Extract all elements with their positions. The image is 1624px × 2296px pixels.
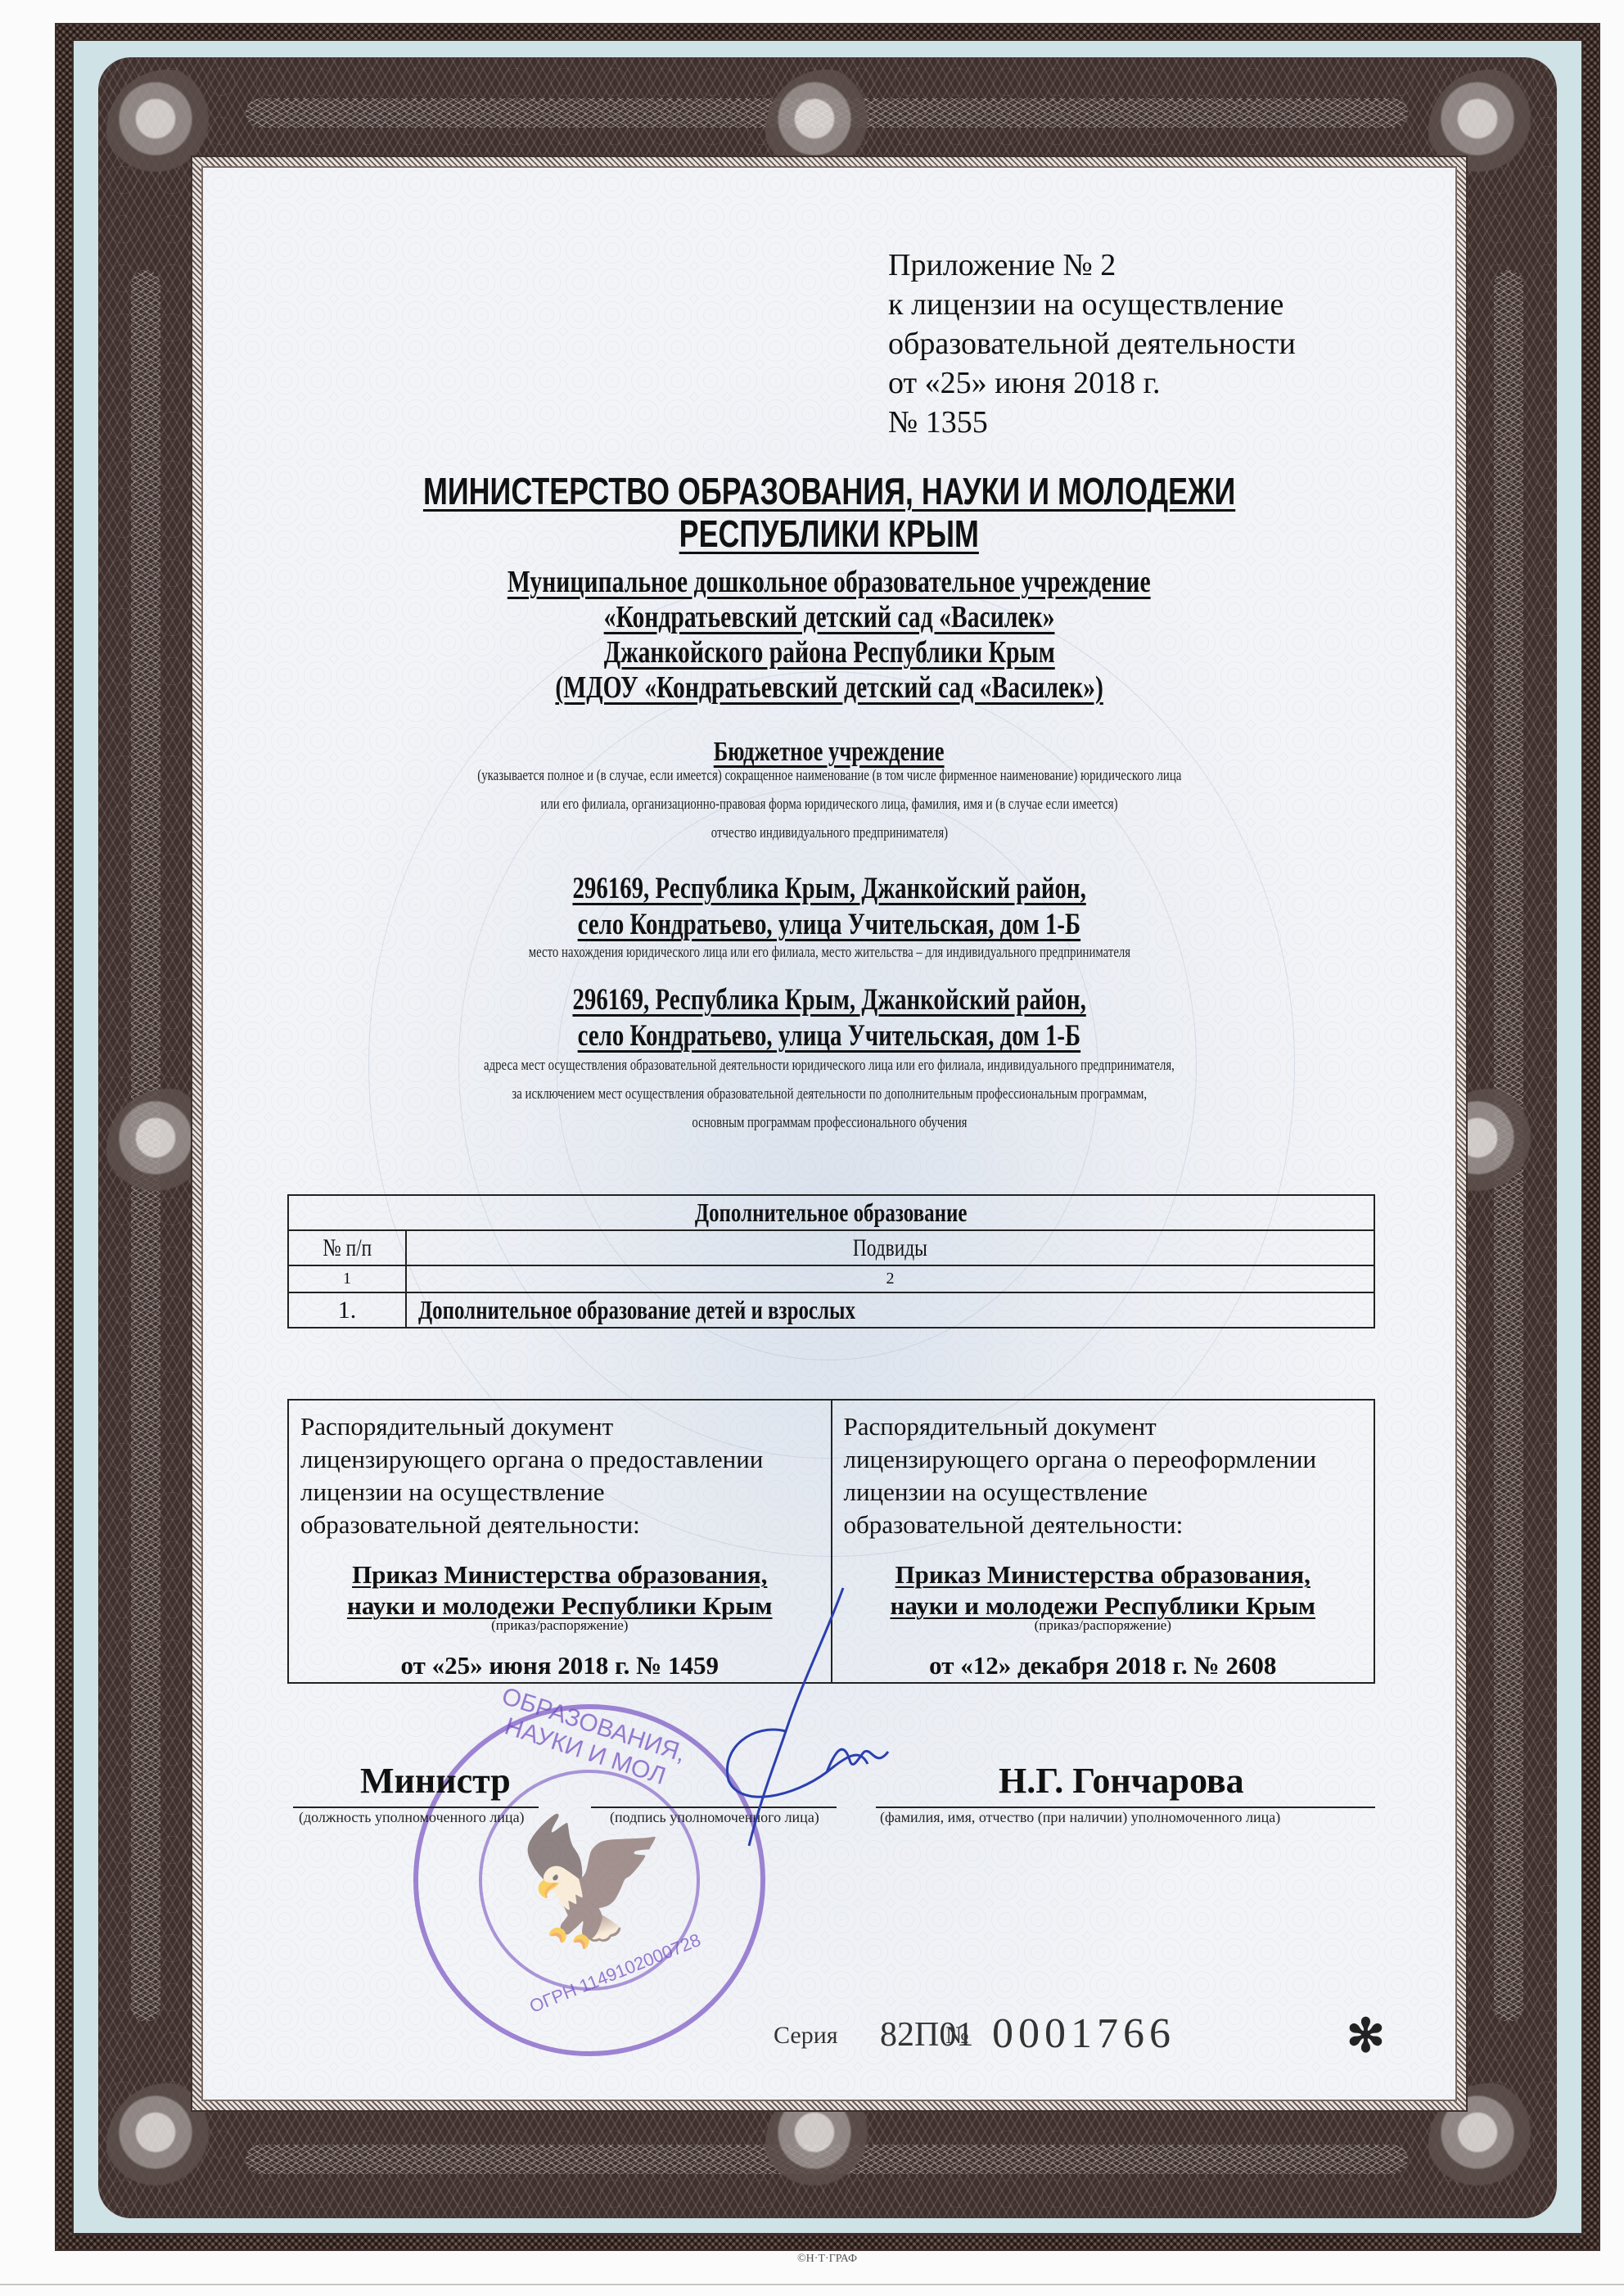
organization-name-line: Муниципальное дошкольное образовательное… bbox=[508, 565, 1151, 600]
printer-copyright: ©Н·Т·ГРАФ bbox=[797, 2253, 857, 2266]
activity-address: 296169, Республика Крым, Джанкойский рай… bbox=[203, 982, 1455, 1054]
address-line: село Кондратьево, улица Учительская, дом… bbox=[578, 1018, 1080, 1054]
ministry-title: МИНИСТЕРСТВО ОБРАЗОВАНИЯ, НАУКИ И МОЛОДЕ… bbox=[203, 470, 1455, 555]
order-description: Распорядительный документ лицензирующего… bbox=[300, 1410, 819, 1541]
signatory-position: Министр bbox=[360, 1760, 511, 1802]
organization-name-line: «Кондратьевский детский сад «Василек» bbox=[604, 600, 1055, 635]
appendix-line: образовательной деятельности bbox=[888, 324, 1296, 363]
order-description: Распорядительный документ лицензирующего… bbox=[844, 1410, 1363, 1541]
appendix-line: № 1355 bbox=[888, 403, 1296, 442]
caption-line: или его филиала, организационно-правовая… bbox=[540, 790, 1117, 819]
order-title: Приказ Министерства образования, науки и… bbox=[844, 1559, 1363, 1622]
address-line: 296169, Республика Крым, Джанкойский рай… bbox=[572, 982, 1085, 1018]
appendix-line: к лицензии на осуществление bbox=[888, 285, 1296, 324]
organization-caption: (указывается полное и (в случае, если им… bbox=[203, 761, 1455, 847]
appendix-line: Приложение № 2 bbox=[888, 246, 1296, 285]
number-label: № bbox=[945, 2022, 969, 2050]
signatory-name: Н.Г. Гончарова bbox=[999, 1760, 1244, 1802]
table-title-row: Дополнительное образование bbox=[288, 1195, 1374, 1230]
table-index-row: 1 2 bbox=[288, 1265, 1374, 1292]
caption-line: место нахождения юридического лица или е… bbox=[528, 938, 1130, 967]
caption-line: за исключением мест осуществления образо… bbox=[512, 1080, 1147, 1108]
row-number: 1. bbox=[288, 1292, 406, 1328]
asterisk-mark-icon: ✻ bbox=[1347, 2010, 1385, 2063]
organization-name: Муниципальное дошкольное образовательное… bbox=[203, 565, 1455, 706]
address-line: 296169, Республика Крым, Джанкойский рай… bbox=[572, 871, 1085, 907]
caption-line: основным программам профессионального об… bbox=[692, 1108, 967, 1137]
row-subtype: Дополнительное образование детей и взрос… bbox=[406, 1292, 1374, 1328]
appendix-header: Приложение № 2 к лицензии на осуществлен… bbox=[888, 246, 1296, 442]
activity-address-caption: адреса мест осуществления образовательно… bbox=[203, 1051, 1455, 1137]
ministry-title-line: РЕСПУБЛИКИ КРЫМ bbox=[679, 512, 979, 555]
ministry-title-line: МИНИСТЕРСТВО ОБРАЗОВАНИЯ, НАУКИ И МОЛОДЕ… bbox=[423, 470, 1235, 512]
index-cell: 1 bbox=[288, 1265, 406, 1292]
organization-name-line: Джанкойского района Республики Крым bbox=[603, 635, 1054, 670]
location-caption: место нахождения юридического лица или е… bbox=[203, 938, 1455, 967]
activity-table: Дополнительное образование № п/п Подвиды… bbox=[287, 1194, 1375, 1328]
caption-line: отчество индивидуального предпринимателя… bbox=[710, 819, 947, 847]
signature-line bbox=[293, 1807, 539, 1808]
header-subtypes: Подвиды bbox=[406, 1230, 1374, 1265]
handwritten-signature-icon bbox=[704, 1584, 900, 1854]
header-number: № п/п bbox=[288, 1230, 406, 1265]
order-date: от «12» декабря 2018 г. № 2608 bbox=[844, 1651, 1363, 1680]
organization-name-line: (МДОУ «Кондратьевский детский сад «Васил… bbox=[555, 670, 1103, 706]
signature-line bbox=[876, 1807, 1375, 1808]
table-row: 1. Дополнительное образование детей и вз… bbox=[288, 1292, 1374, 1328]
appendix-line: от «25» июня 2018 г. bbox=[888, 363, 1296, 403]
location-address: 296169, Республика Крым, Джанкойский рай… bbox=[203, 871, 1455, 943]
scan-edge-line bbox=[0, 2284, 1624, 2285]
caption-line: адреса мест осуществления образовательно… bbox=[484, 1051, 1175, 1080]
table-title: Дополнительное образование bbox=[288, 1195, 1374, 1230]
order-reissue: Распорядительный документ лицензирующего… bbox=[831, 1401, 1374, 1682]
index-cell: 2 bbox=[406, 1265, 1374, 1292]
blank-number: 0001766 bbox=[992, 2010, 1175, 2058]
series-label: Серия bbox=[774, 2022, 838, 2050]
table-header-row: № п/п Подвиды bbox=[288, 1230, 1374, 1265]
position-caption: (должность уполномоченного лица) bbox=[299, 1809, 525, 1826]
name-caption: (фамилия, имя, отчество (при наличии) уп… bbox=[880, 1809, 1280, 1826]
caption-line: (указывается полное и (в случае, если им… bbox=[477, 761, 1181, 790]
